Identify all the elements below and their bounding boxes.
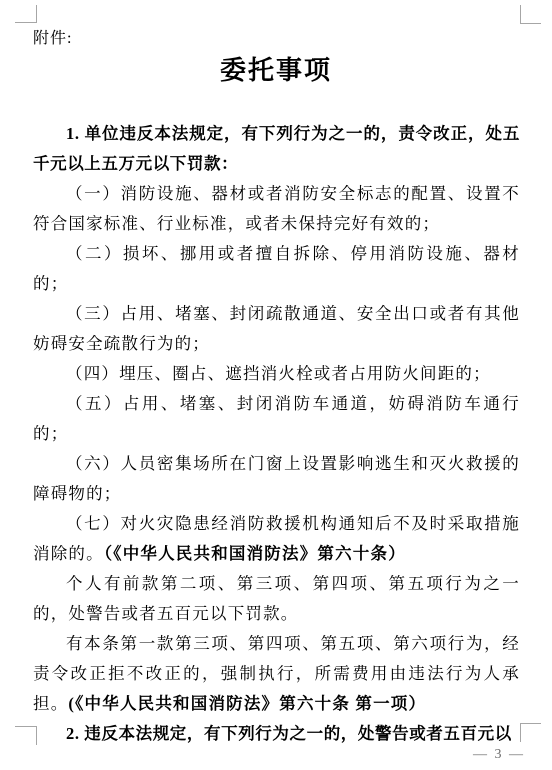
document-body: 1. 单位违反本法规定，有下列行为之一的，责令改正，处五千元以上五万元以下罚款：… xyxy=(33,119,520,749)
paragraph-2-run-1: （一）消防设施、器材或者消防安全标志的配置、设置不符合国家标准、行业标准，或者未… xyxy=(33,184,520,233)
paragraph-7-run-1: （六）人员密集场所在门窗上设置影响逃生和灭火救援的障碍物的； xyxy=(33,454,520,503)
crop-mark-top-left xyxy=(15,5,37,23)
paragraph-1: 1. 单位违反本法规定，有下列行为之一的，责令改正，处五千元以上五万元以下罚款： xyxy=(33,119,520,179)
paragraph-10: 有本条第一款第三项、第四项、第五项、第六项行为，经责令改正拒不改正的，强制执行，… xyxy=(33,629,520,719)
paragraph-6: （五）占用、堵塞、封闭消防车通道，妨碍消防车通行的； xyxy=(33,389,520,449)
paragraph-3-run-1: （二）损坏、挪用或者擅自拆除、停用消防设施、器材的； xyxy=(33,244,520,293)
paragraph-2: （一）消防设施、器材或者消防安全标志的配置、设置不符合国家标准、行业标准，或者未… xyxy=(33,179,520,239)
paragraph-11-run-1: 2. 违反本法规定，有下列行为之一的，处警告或者五百元以 xyxy=(66,724,512,743)
paragraph-4-run-1: （三）占用、堵塞、封闭疏散通道、安全出口或者有其他妨碍安全疏散行为的； xyxy=(33,304,520,353)
attachment-label: 附件: xyxy=(33,30,72,48)
page-title: 委托事项 xyxy=(0,54,552,88)
paragraph-6-run-1: （五）占用、堵塞、封闭消防车通道，妨碍消防车通行的； xyxy=(33,394,520,443)
paragraph-4: （三）占用、堵塞、封闭疏散通道、安全出口或者有其他妨碍安全疏散行为的； xyxy=(33,299,520,359)
paragraph-5-run-1: （四）埋压、圈占、遮挡消火栓或者占用防火间距的； xyxy=(66,364,491,383)
paragraph-3: （二）损坏、挪用或者擅自拆除、停用消防设施、器材的； xyxy=(33,239,520,299)
paragraph-7: （六）人员密集场所在门窗上设置影响逃生和灭火救援的障碍物的； xyxy=(33,449,520,509)
paragraph-8-run-2: （《中华人民共和国消防法》第六十条） xyxy=(104,544,406,563)
paragraph-8: （七）对火灾隐患经消防救援机构通知后不及时采取措施消除的。（《中华人民共和国消防… xyxy=(33,509,520,569)
document-page: 附件: 委托事项 1. 单位违反本法规定，有下列行为之一的，责令改正，处五千元以… xyxy=(0,0,552,770)
paragraph-9: 个人有前款第二项、第三项、第四项、第五项行为之一的，处警告或者五百元以下罚款。 xyxy=(33,569,520,629)
crop-mark-bottom-right xyxy=(520,723,541,742)
page-number: — 3 — xyxy=(473,747,525,763)
crop-mark-top-right xyxy=(520,5,541,24)
paragraph-9-run-1: 个人有前款第二项、第三项、第四项、第五项行为之一的，处警告或者五百元以下罚款。 xyxy=(33,574,520,623)
paragraph-5: （四）埋压、圈占、遮挡消火栓或者占用防火间距的； xyxy=(33,359,520,389)
paragraph-11: 2. 违反本法规定，有下列行为之一的，处警告或者五百元以 xyxy=(33,719,520,749)
paragraph-10-run-2: (《中华人民共和国消防法》第六十条 第一项） xyxy=(68,694,426,713)
paragraph-1-run-1: 1. 单位违反本法规定，有下列行为之一的，责令改正，处五千元以上五万元以下罚款： xyxy=(33,124,520,173)
